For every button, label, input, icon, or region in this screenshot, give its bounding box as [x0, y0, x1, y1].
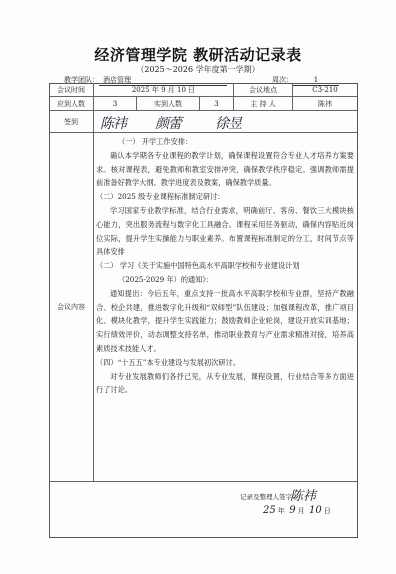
- expected-attendance-label: 应到人数: [49, 97, 94, 111]
- document-title: 经济管理学院 教研活动记录表: [0, 44, 396, 65]
- section-3-heading: （二） 学习《关于实施中国特色高水平高职学校和专业建设计划: [96, 259, 354, 273]
- location-label: 会议地点: [234, 83, 293, 97]
- meeting-time-value: 2025 年 9 月 10 日: [94, 83, 234, 97]
- date-year-label: 年: [278, 507, 285, 515]
- meeting-content: （一） 开学工作安排： 确认本学期各专业课程的教学计划，确保课程设置符合专业人才…: [96, 135, 354, 397]
- document-subtitle: （2025～2026 学年度第一学期）: [0, 64, 396, 75]
- expected-attendance-value: 3: [94, 97, 137, 111]
- signature-1: 陈祎: [100, 113, 126, 133]
- signature-2: 颜蕾: [155, 113, 181, 133]
- actual-attendance-label: 实到人数: [137, 97, 200, 111]
- record-date: 25年 9月 10日: [263, 505, 331, 516]
- section-4-heading: （四）“十五五”本专业建设与发展初次研讨。: [96, 356, 354, 370]
- meeting-time-label: 会议时间: [49, 83, 94, 97]
- section-1-body: 确认本学期各专业课程的教学计划，确保课程设置符合专业人才培养方案要求。核对课程表…: [96, 149, 354, 190]
- host-label: 主 持 人: [234, 97, 293, 111]
- signin-label: 签到: [49, 111, 94, 133]
- section-2-heading: （二）2025 级专业课程标准制定研讨：: [96, 190, 354, 204]
- date-day-label: 日: [324, 507, 331, 515]
- section-4-body: 对专业发展教师们各抒己见，从专业发展，课程设置，行业结合等多方面进行了讨论。: [96, 370, 354, 398]
- date-day: 10: [309, 505, 322, 516]
- section-1-heading: （一） 开学工作安排：: [96, 135, 354, 149]
- recorder-signature: 陈祎: [290, 485, 316, 504]
- date-month-label: 月: [298, 507, 305, 515]
- actual-attendance-value: 3: [200, 97, 234, 111]
- date-month: 9: [289, 505, 295, 516]
- section-2-body: 学习国家专业教学标准，结合行业需求，明确前厅、客房、餐饮三大模块核心能力，突出服…: [96, 204, 354, 259]
- content-label: 会议内容: [49, 133, 94, 482]
- section-3-body: 通知提出：今后五年，重点支持一批高水平高职学校和专业群，坚持产教融合、校企共建，…: [96, 287, 354, 356]
- signature-3: 徐昱: [215, 113, 241, 133]
- location-value: C3-210: [293, 83, 357, 97]
- section-3-heading-cont: （2025-2029 年）的通知》：: [96, 273, 354, 287]
- date-year: 25: [263, 505, 276, 516]
- host-value: 陈祎: [293, 97, 357, 111]
